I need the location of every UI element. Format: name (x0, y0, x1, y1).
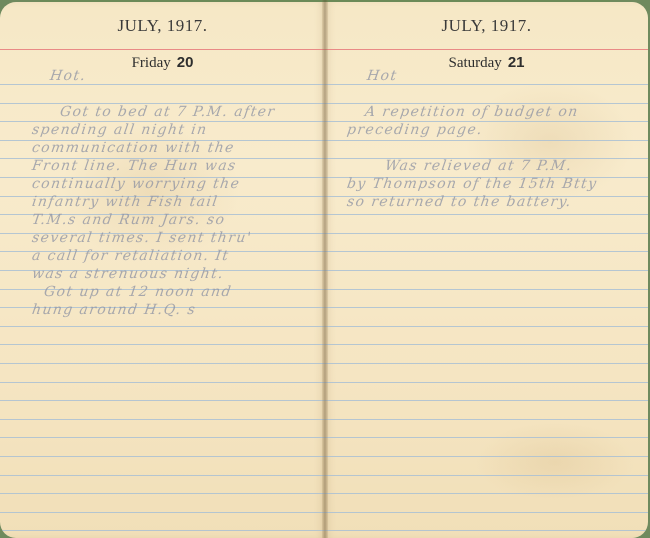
handwriting-line: continually worrying the (31, 176, 325, 192)
month-header: JULY, 1917. (325, 16, 648, 36)
month-header: JULY, 1917. (0, 16, 325, 36)
blue-rule (0, 382, 325, 383)
blue-rule (325, 84, 648, 85)
blue-rule (0, 437, 325, 438)
book-gutter (322, 0, 328, 538)
handwriting-line: preceding page. (346, 122, 648, 138)
blue-rule (325, 307, 648, 308)
blue-rule (325, 289, 648, 290)
handwriting-line: T.M.s and Rum Jars. so (31, 212, 325, 228)
handwriting-line: Was relieved at 7 P.M. (384, 158, 648, 174)
diary-page-right: JULY, 1917. Saturday21 Hot A repetition … (325, 2, 648, 538)
blue-rule (0, 363, 325, 364)
blue-rule (0, 400, 325, 401)
blue-rule (325, 419, 648, 420)
handwriting-line: Hot. (49, 68, 325, 84)
blue-rule (325, 400, 648, 401)
blue-rule (0, 493, 325, 494)
handwriting-line: A repetition of budget on (364, 104, 648, 120)
blue-rule (325, 382, 648, 383)
blue-rule (325, 233, 648, 234)
handwriting-line: spending all night in (31, 122, 325, 138)
blue-rule (0, 326, 325, 327)
blue-rule (325, 214, 648, 215)
blue-rule (325, 363, 648, 364)
handwriting-line: Got up at 12 noon and (43, 284, 325, 300)
handwriting-line: so returned to the battery. (346, 194, 648, 210)
blue-rule (325, 437, 648, 438)
blue-rule (325, 270, 648, 271)
blue-rule (325, 344, 648, 345)
handwriting-line: Front line. The Hun was (31, 158, 325, 174)
blue-rule (325, 326, 648, 327)
diary-page-left: JULY, 1917. Friday20 Hot. Got to bed at … (0, 2, 325, 538)
handwriting-line: a call for retaliation. It (31, 248, 325, 264)
blue-rule (0, 456, 325, 457)
blue-rule (0, 530, 325, 531)
blue-rule (0, 419, 325, 420)
blue-rule (325, 456, 648, 457)
header-red-rule (0, 49, 325, 50)
blue-rule (325, 530, 648, 531)
blue-rule (325, 251, 648, 252)
handwriting-line: Got to bed at 7 P.M. after (59, 104, 325, 120)
blue-rule (325, 493, 648, 494)
handwriting-line: was a strenuous night. (31, 266, 325, 282)
paper-stain (475, 422, 635, 502)
blue-rule (325, 475, 648, 476)
handwriting-line: hung around H.Q. s (31, 302, 325, 318)
blue-rule (0, 512, 325, 513)
blue-rule (325, 512, 648, 513)
blue-rule (0, 475, 325, 476)
blue-rule (0, 344, 325, 345)
handwriting-line: several times. I sent thru' (31, 230, 325, 246)
handwriting-line: communication with the (31, 140, 325, 156)
blue-rule (0, 84, 325, 85)
handwriting-line: Hot (366, 68, 648, 84)
header-red-rule (325, 49, 648, 50)
handwriting-line: infantry with Fish tail (31, 194, 325, 210)
handwriting-line: by Thompson of the 15th Btty (346, 176, 648, 192)
blue-rule (325, 140, 648, 141)
diary-spread: JULY, 1917. Friday20 Hot. Got to bed at … (0, 0, 650, 538)
